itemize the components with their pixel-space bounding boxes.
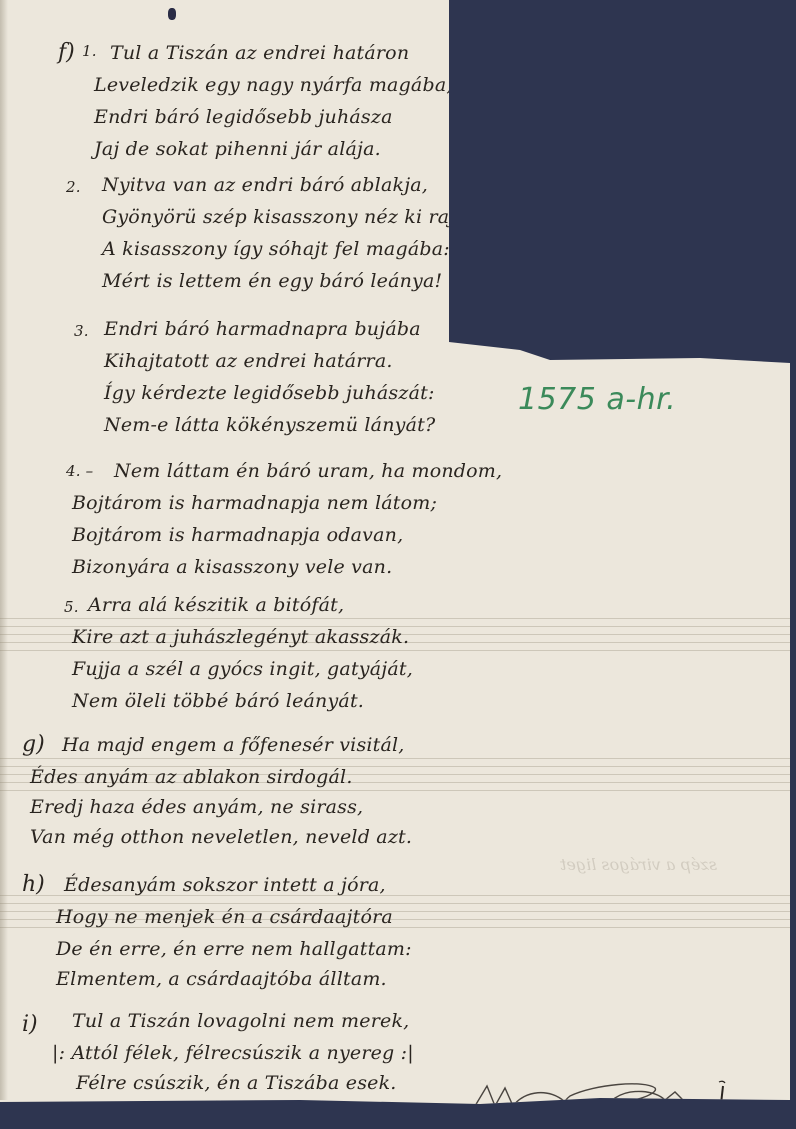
verse-line: Nem-e látta kökényszemü lányát? bbox=[104, 414, 435, 436]
catalog-number: 1575 a-hr. bbox=[518, 382, 676, 417]
verse-line: Tul a Tiszán az endrei határon bbox=[110, 42, 409, 64]
ink-blot bbox=[168, 8, 176, 20]
verse-line: De én erre, én erre nem hallgattam: bbox=[56, 938, 412, 960]
page-edge-shadow bbox=[0, 0, 8, 1100]
verse-line: Endri báró legidősebb juhásza bbox=[94, 106, 393, 128]
verse-line: Eredj haza édes anyám, ne sirass, bbox=[30, 796, 363, 818]
verse-line: Bojtárom is harmadnapja odavan, bbox=[72, 524, 403, 546]
verse-line: Félre csúszik, én a Tiszába esek. bbox=[76, 1072, 397, 1094]
bleed-through-text: szép a virágos liget bbox=[560, 855, 717, 874]
verse-line: Bizonyára a kisasszony vele van. bbox=[72, 556, 392, 578]
verse-line: Elmentem, a csárdaajtóba álltam. bbox=[56, 968, 387, 990]
stanza-number: 4. – bbox=[66, 462, 93, 480]
verse-line: Endri báró harmadnapra bujába bbox=[104, 318, 421, 340]
manuscript-page: szép a virágos liget f) 1. Tul a Tiszán … bbox=[0, 0, 796, 1129]
verse-line: Jaj de sokat pihenni jár alája. bbox=[94, 138, 381, 160]
verse-line: Így kérdezte legidősebb juhászát: bbox=[104, 382, 435, 404]
verse-line: Hogy ne menjek én a csárdaajtóra bbox=[56, 906, 393, 928]
verse-line: Gyönyörü szép kisasszony néz ki rajta bbox=[102, 206, 475, 228]
stanza-number: 5. bbox=[64, 598, 79, 616]
verse-line: Bojtárom is harmadnapja nem látom; bbox=[72, 492, 437, 514]
verse-line: Kihajtatott az endrei határra. bbox=[104, 350, 393, 372]
verse-line: Ha majd engem a főfenesér visitál, bbox=[62, 734, 405, 756]
section-label-i: i) bbox=[22, 1012, 38, 1037]
verse-line: Nem öleli többé báró leányát. bbox=[72, 690, 364, 712]
verse-line: Édesanyám sokszor intett a jóra, bbox=[64, 874, 386, 896]
section-label-f: f) bbox=[58, 40, 75, 65]
verse-line: A kisasszony így sóhajt fel magába: bbox=[102, 238, 450, 260]
verse-line: Édes anyám az ablakon sirdogál. bbox=[30, 766, 353, 788]
verse-line: Nem láttam én báró uram, ha mondom, bbox=[114, 460, 502, 482]
section-label-g: g) bbox=[22, 732, 45, 757]
verse-line: Leveledzik egy nagy nyárfa magába, bbox=[94, 74, 453, 96]
verse-line: Kire azt a juhászlegényt akasszák. bbox=[72, 626, 409, 648]
verse-line: Mért is lettem én egy báró leánya! bbox=[102, 270, 442, 292]
verse-line: Arra alá készitik a bitófát, bbox=[88, 594, 344, 616]
stanza-number: 2. bbox=[66, 178, 81, 196]
verse-line: Tul a Tiszán lovagolni nem merek, bbox=[72, 1010, 409, 1032]
verse-line: |: Attól félek, félrecsúszik a nyereg :| bbox=[52, 1042, 414, 1064]
section-label-h: h) bbox=[22, 872, 45, 897]
stanza-number: 1. bbox=[82, 42, 97, 60]
signature-scribble bbox=[455, 1078, 735, 1108]
verse-line: Van még otthon neveletlen, neveld azt. bbox=[30, 826, 412, 848]
stanza-number: 3. bbox=[74, 322, 89, 340]
verse-line: Nyitva van az endri báró ablakja, bbox=[102, 174, 428, 196]
verse-line: Fujja a szél a gyócs ingit, gatyáját, bbox=[72, 658, 413, 680]
